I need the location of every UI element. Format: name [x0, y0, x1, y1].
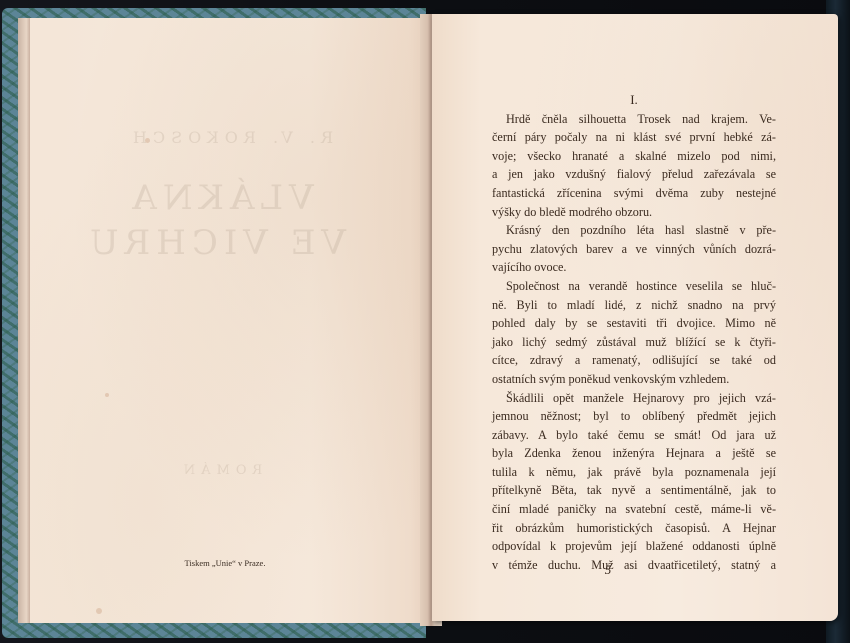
- text-line: odpovídal k projevům její blažené oddano…: [492, 537, 776, 556]
- text-line: Krásný den pozdního léta hasl slastně v …: [492, 221, 776, 240]
- foxing-spot: [96, 608, 102, 614]
- text-line: Hrdě čněla silhouetta Trosek nad krajem.…: [492, 110, 776, 129]
- text-line: jako lichý sedmý zůstával muž blížící se…: [492, 333, 776, 352]
- text-line: výšky do bledě modrého obzoru.: [492, 203, 776, 222]
- text-line: Škádlili opět manžele Hejnarovy pro jeji…: [492, 389, 776, 408]
- text-line: přítelkyně Běta, tak nyvě a sentimentáln…: [492, 481, 776, 500]
- text-line: a jen jako vzdušný fialový přelud zařezá…: [492, 165, 776, 184]
- show-through-author: R. V. ROKOSCH: [30, 128, 430, 147]
- paragraph: Společnost na verandě hostince veselila …: [492, 277, 776, 389]
- text-line: řit obrázkům humoristických časopisů. A …: [492, 519, 776, 538]
- text-line: fantastická zřícenina svými dvěma zuby n…: [492, 184, 776, 203]
- printer-imprint: Tiskem „Unie“ v Praze.: [25, 558, 425, 568]
- show-through-subtitle: ROMÁN: [70, 463, 370, 478]
- text-line: tulila k němu, jak právě byla poznamenal…: [492, 463, 776, 482]
- foxing-spot: [105, 393, 109, 397]
- text-line: ně. Byli to mladí lidé, z nichž snadno n…: [492, 296, 776, 315]
- book-spread-scene: R. V. ROKOSCH VLÁKNA VE VICHRU ROMÁN Tis…: [0, 0, 850, 643]
- paragraph: Hrdě čněla silhouetta Trosek nad krajem.…: [492, 110, 776, 222]
- text-line: byla Zdenka ženou inženýra Hejnara a ješ…: [492, 444, 776, 463]
- page-number: 5: [405, 562, 811, 578]
- text-line: ostatních svým poněkud venkovským vzhled…: [492, 370, 776, 389]
- body-text: I. Hrdě čněla silhouetta Trosek nad kraj…: [492, 91, 776, 574]
- text-line: jemnou něžnost; byl to oblíbený předmět …: [492, 407, 776, 426]
- text-line: voje; všecko hranaté a skalné mizelo pod…: [492, 147, 776, 166]
- right-page: I. Hrdě čněla silhouetta Trosek nad kraj…: [432, 14, 838, 621]
- text-line: zábavy. A bylo také čemu se smát! Od jar…: [492, 426, 776, 445]
- text-line: pychu zlatových barev a ve vinných vůníc…: [492, 240, 776, 259]
- text-line: vajícího ovoce.: [492, 258, 776, 277]
- show-through-title-2: VE VICHRU: [50, 223, 380, 263]
- paragraph: Krásný den pozdního léta hasl slastně v …: [492, 221, 776, 277]
- foxing-spot: [145, 138, 150, 143]
- text-line: černí páry počaly na ni klást své první …: [492, 128, 776, 147]
- text-line: činí mladé paničky na svatební cestě, má…: [492, 500, 776, 519]
- paragraph: Škádlili opět manžele Hejnarovy pro jeji…: [492, 389, 776, 575]
- text-line: Společnost na verandě hostince veselila …: [492, 277, 776, 296]
- chapter-number: I.: [492, 91, 776, 110]
- text-line: pohled daly by se sestaviti tři dvojice.…: [492, 314, 776, 333]
- left-page: R. V. ROKOSCH VLÁKNA VE VICHRU ROMÁN Tis…: [30, 18, 430, 623]
- show-through-title-1: VLÁKNA: [70, 178, 370, 218]
- text-line: cítce, zdravý a ramenatý, odlišující se …: [492, 351, 776, 370]
